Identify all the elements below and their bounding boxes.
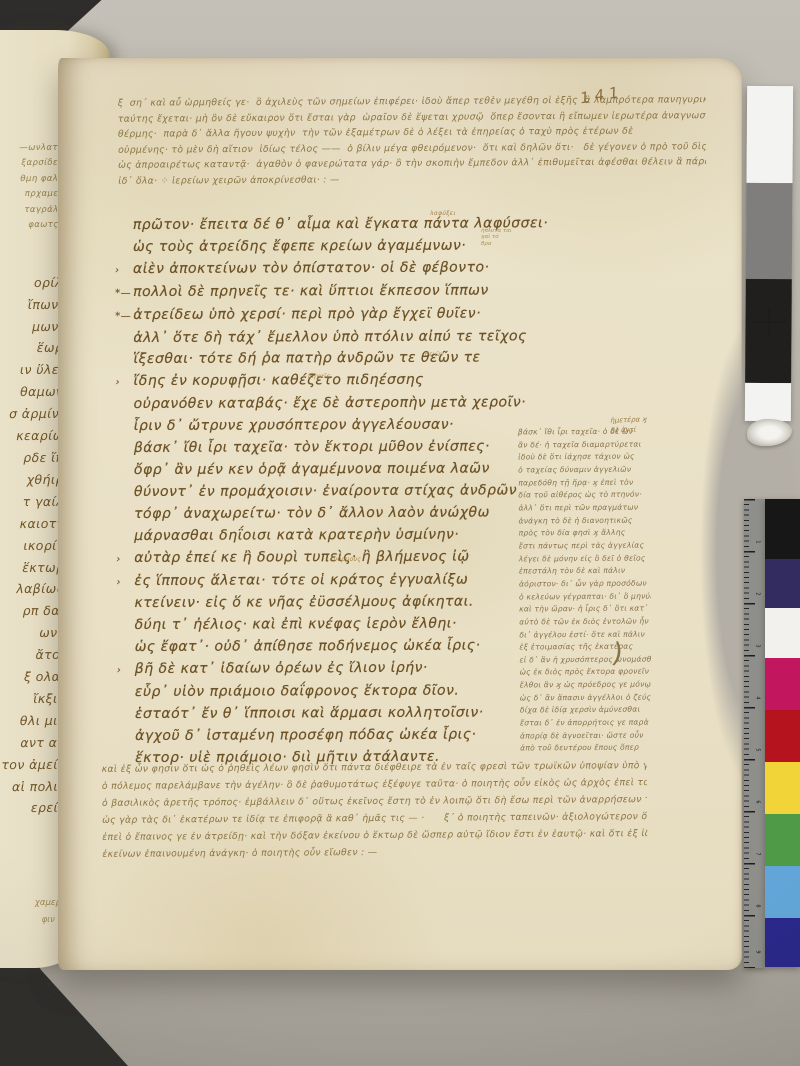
interlinear-gloss: εὐόρμους xyxy=(330,556,361,563)
verse-line: *—ἀτρείδεω ὑπὸ χερσί· περὶ πρὸ γὰρ ἔγχεϊ… xyxy=(115,303,625,328)
verso-text-line: τ γαίλ xyxy=(0,491,64,513)
scholia-line: ἂν δέ· ἡ ταχεῖα διαμαρτύρεται xyxy=(518,438,650,452)
verse-text: ἀγχοῦ δ᾽ ἱσταμένη προσέφη πόδας ὠκέα ἶρι… xyxy=(135,726,476,743)
marginal-mark: *— xyxy=(115,283,133,305)
ruler-number: 6 xyxy=(755,800,761,803)
manuscript-photograph: —ωνλατξαρσίδεθμη φαλπρχαμεταγράλφαωτϛ ορ… xyxy=(0,0,800,1066)
right-scholia-column: βάσκ᾽ ἴθι ἶρι ταχεῖα· ὁ δὲ ὢνἂν δέ· ἡ τα… xyxy=(518,426,652,756)
scholia-line: ἔλθοι ἂν ϗ ὡς πρόεδρος γε μόνῳ xyxy=(520,679,652,693)
scholia-line: βάσκ᾽ ἴθι ἶρι ταχεῖα· ὁ δὲ ὢν xyxy=(518,426,650,440)
color-patch xyxy=(765,608,800,658)
marginal-mark: › xyxy=(116,572,134,594)
scholia-line: ὡς δ᾽ ἂν ἅπασιν ἀγγέλλοι ὁ ζεύς xyxy=(520,691,652,705)
scholia-line: ἀπὸ τοῦ δευτέρου ἔπους ὅπερ xyxy=(520,742,652,756)
verse-text: ὡς ἔφατ᾽· οὐδ᾽ ἀπίθησε ποδήνεμος ὠκέα ἶρ… xyxy=(135,638,481,656)
color-patch xyxy=(765,559,800,608)
verso-text-line: ωνε xyxy=(1,622,65,644)
verso-text-line: ικορίν xyxy=(0,534,64,556)
scholia-line: δίχα δὲ ἰδίᾳ χερσὶν ἀμύνεσθαι xyxy=(520,704,652,718)
ruler: 123456789 xyxy=(744,499,765,968)
marginal-mark: › xyxy=(117,660,135,682)
verse-line: ›ἴδης ἐν κορυφῇσι· καθέζετο πιδηέσσης xyxy=(115,369,625,394)
verse-line: ὡς τοὺς ἀτρείδης ἔφεπε κρείων ἀγαμέμνων· xyxy=(115,235,625,259)
ruler-number: 8 xyxy=(755,904,761,907)
color-patch xyxy=(765,658,800,710)
verse-line: *—πολλοὶ δὲ πρηνεῖς τε· καὶ ὕπτιοι ἔκπεσ… xyxy=(115,280,625,305)
verse-text: αἰὲν ἀποκτείνων τὸν ὀπίστατον· οἱ δὲ φέβ… xyxy=(133,259,490,277)
verse-line: πρῶτον· ἔπειτα δέ θ᾽ αἷμα καὶ ἔγκατα πάν… xyxy=(115,213,625,237)
grayscale-calibration-strip xyxy=(745,86,793,421)
color-calibration-strip xyxy=(765,499,800,967)
verse-text: θύνοντ᾽ ἐν προμάχοισιν· ἐναίροντα στίχας… xyxy=(134,482,517,500)
verso-text-line: λαβίως xyxy=(0,578,64,600)
marginal-mark: › xyxy=(116,549,134,571)
verse-text: ἴδης ἐν κορυφῇσι· καθέζετο πιδηέσσης xyxy=(133,372,423,389)
verso-text-line: θλι μιν xyxy=(1,710,65,732)
verse-text: πολλοὶ δὲ πρηνεῖς τε· καὶ ὕπτιοι ἔκπεσον… xyxy=(133,282,489,300)
scholia-line: εἰ δ᾽ ἂν ἡ χρυσόπτερος ὠνομάσθη xyxy=(519,653,651,667)
scholia-line: ὡς ἐκ διὸς πρὸς ἕκτορα φρονεῖν xyxy=(520,666,652,680)
color-patch xyxy=(765,762,800,814)
verso-text-line: ρπ δαί xyxy=(0,600,64,622)
verso-text-line: αντ ατ xyxy=(1,732,65,754)
verso-text-line: ἴπων. xyxy=(0,293,63,315)
interlinear-gloss: θειῶν xyxy=(425,351,444,358)
verso-bottom-fragments: χαμερτφιν — xyxy=(4,844,66,929)
ruler-number: 9 xyxy=(755,950,761,953)
verse-text: οὐρανόθεν καταβάς· ἔχε δὲ ἀστεροπὴν μετὰ… xyxy=(134,395,527,413)
verse-text: εὗρ᾽ υἱὸν πριάμοιο δαΐφρονος ἕκτορα δῖον… xyxy=(135,683,460,700)
verso-text-line: ερείν xyxy=(1,797,65,819)
scholia-line: ἔστι πάντως περὶ τὰς ἀγγελίας xyxy=(519,539,651,553)
ruler-number: 1 xyxy=(755,540,761,543)
verso-scholia-line: —ωνλατ xyxy=(0,140,58,156)
verse-line: οὐρανόθεν καταβάς· ἔχε δὲ ἀστεροπὴν μετὰ… xyxy=(116,392,626,416)
color-patch xyxy=(765,499,800,559)
scholia-line: δία τοῦ αἰθέρος ὡς τὸ πτηνόν· xyxy=(518,489,650,503)
verse-text: ἶριν δ᾽ ὤτρυνε χρυσόπτερον ἀγγελέουσαν· xyxy=(134,417,454,434)
verso-bottom-line: χαμερτ xyxy=(4,895,66,912)
scholia-line: ἀπορίᾳ δὲ ἀγνοεῖται· ὥστε οὖν xyxy=(520,729,652,743)
verse-text: μάρνασθαι δηΐοισι κατὰ κρατερὴν ὑσμίνην· xyxy=(134,526,459,543)
ruler-number: 4 xyxy=(755,696,761,699)
scholia-line: ἀόριστον· δι᾽ ὧν γὰρ προσόδων xyxy=(519,577,651,591)
scholia-line: καὶ τὴν ὥραν· ἡ ἶρις δ᾽ ὅτι κατ᾽ xyxy=(519,603,651,617)
verse-text: ἐς ἵππους ἅλεται· τότε οἱ κράτος ἐγγυαλί… xyxy=(134,571,468,588)
verse-text: ἑσταότ᾽ ἔν θ᾽ ἵπποισι καὶ ἅρμασι κολλητο… xyxy=(135,704,484,722)
scholia-line: ἰδοὺ δὲ ὅτι ἰάχησε τάχιον ὡς xyxy=(518,451,650,465)
verse-text: ὡς τοὺς ἀτρείδης ἔφεπε κρείων ἀγαμέμνων· xyxy=(133,237,466,254)
verso-text-line: καιοτν xyxy=(0,513,64,535)
marginal-mark: *— xyxy=(115,306,133,328)
verse-text: βάσκ᾽ ἴθι ἶρι ταχεῖα· τὸν ἕκτορι μῦθον ἐ… xyxy=(134,439,490,457)
grayscale-patch xyxy=(745,383,791,421)
verse-line: ›αἰὲν ἀποκτείνων τὸν ὀπίστατον· οἱ δὲ φέ… xyxy=(115,257,625,282)
scholia-line: πρὸς τὸν δία φησὶ ϗ ἄλλης xyxy=(519,527,651,541)
verse-text: ὄφρ᾽ ἂν μέν κεν ὁρᾷ ἀγαμέμνονα ποιμένα λ… xyxy=(134,460,490,478)
verso-text-line: ρδε ἴπ xyxy=(0,447,64,469)
verso-text-line: χθήιρ xyxy=(0,469,64,491)
color-patch xyxy=(765,918,800,967)
verso-scholia-line: ξαρσίδε xyxy=(0,156,58,172)
verso-text-line: ἄτοι xyxy=(1,644,65,666)
scholia-line: παρεδόθη τῇ ἥρᾳ· ϗ ἐπεὶ τὸν xyxy=(518,476,650,490)
ruler-number: 2 xyxy=(755,592,761,595)
registration-cross-icon xyxy=(753,308,785,336)
color-patch xyxy=(765,866,800,918)
verse-text: ἀτρείδεω ὑπὸ χερσί· περὶ πρὸ γὰρ ἔγχεϊ θ… xyxy=(133,305,481,323)
verso-scholia-line: θμη φαλ xyxy=(0,171,58,187)
verso-text-line: σ ἀρμίν. xyxy=(0,403,64,425)
verse-line: ἀλλ᾽ ὅτε δὴ τάχ᾽ ἔμελλον ὑπὸ πτόλιν αἰπύ… xyxy=(115,325,625,349)
color-patch xyxy=(765,710,800,762)
verse-text: κτείνειν· εἰς ὅ κε νῆας ἐϋσσέλμους ἀφίκη… xyxy=(134,594,473,611)
verso-text-line: κεαρίω xyxy=(0,425,64,447)
verse-line: ἵξεσθαι· τότε δή ῥα πατὴρ ἀνδρῶν τε θεῶν… xyxy=(115,347,625,371)
verso-scholia-line: πρχαμε xyxy=(0,187,58,203)
verso-text-line: τον ἀμείρ xyxy=(1,753,65,775)
verso-text-line: θαμων xyxy=(0,381,63,403)
verse-text: δύηι τ᾽ ἠέλιος· καὶ ἐπὶ κνέφας ἱερὸν ἔλθ… xyxy=(135,616,457,633)
verso-text-line: ορίλ xyxy=(0,272,63,294)
verso-text-line: μων. xyxy=(0,315,63,337)
verse-text: ἀλλ᾽ ὅτε δὴ τάχ᾽ ἔμελλον ὑπὸ πτόλιν αἰπύ… xyxy=(133,328,527,346)
line1-margin-gloss: ἡπλυτα ταιϗαὶ τὸθρα xyxy=(481,208,512,247)
verso-text-line: ἕωρ xyxy=(0,337,63,359)
ruler-number: 7 xyxy=(755,852,761,855)
interlinear-gloss: λαφύξει xyxy=(430,210,456,217)
scholia-line: ἐπεστάλη τὸν δὲ καὶ πάλιν xyxy=(519,565,651,579)
marginal-mark: › xyxy=(115,372,133,394)
scholia-line: ὁ ταχείας δύναμιν ἀγγελιῶν xyxy=(518,464,650,478)
color-patch xyxy=(765,814,800,866)
scholia-line: ἔσται δ᾽ ἐν ἀπορρήτοις γε παρὰ xyxy=(520,717,652,731)
scholia-line: δι᾽ ἀγγέλου ἐστί· ὅτε καὶ πάλιν xyxy=(519,628,651,642)
scholia-line: ἀλλ᾽ ὅτι περὶ τῶν πραγμάτων xyxy=(518,501,650,515)
scholia-line: ἐξ ἑτοιμασίας τῆς ἑκατέρας xyxy=(519,641,651,655)
scholia-line: ἀνάγκη τὸ δὲ ἡ διανοητικῶς xyxy=(518,514,650,528)
verse-text: βῆ δὲ κατ᾽ ἰδαίων ὀρέων ἐς ἴλιον ἱρήν· xyxy=(135,660,428,677)
top-scholia-block: ξ ση´ καὶ αὖ ὡρμηθείς γε· ὃ ἀχιλεὺς τῶν … xyxy=(118,92,707,189)
bottom-scholia-block: καὶ ἐξ ὧν φησιν ὅτι ὡς ὁ ῥηθεὶς λέων φησ… xyxy=(102,758,648,863)
ruler-number: 3 xyxy=(755,644,761,647)
scholia-line: αὐτὸ δὲ τῶν ἐκ διὸς ἐντολῶν ἦν xyxy=(519,615,651,629)
ruler-number: 5 xyxy=(755,748,761,751)
verso-text-line: ξ ολαι xyxy=(1,666,65,688)
grayscale-patch xyxy=(746,86,793,183)
scholia-line: λέγει δὲ μόνην εἰς ὃ δεῖ ὁ θεῖος xyxy=(519,552,651,566)
verse-text: τόφρ᾽ ἀναχωρείτω· τὸν δ᾽ ἄλλον λαὸν ἀνώχ… xyxy=(134,504,490,522)
verso-text-line: αἱ πολιν xyxy=(1,775,65,797)
verso-text-line: ἕκτωρ xyxy=(0,556,64,578)
verso-bottom-line: φιν — xyxy=(4,912,66,929)
verso-text-line: ἴκξιν xyxy=(1,688,65,710)
verso-text-fragments: ορίλἴπων.μων.ἕωριν ὕλε.θαμωνσ ἀρμίν.κεαρ… xyxy=(0,206,66,820)
grayscale-patch xyxy=(746,183,793,279)
gloss-line: θρα xyxy=(481,241,512,248)
marginal-mark: › xyxy=(115,260,133,282)
verse-text: αὐτὰρ ἐπεί κε ἢ δουρὶ τυπεὶς· ἢ βλήμενος… xyxy=(134,548,469,565)
verso-text-line: ιν ὕλε. xyxy=(0,359,63,381)
scholia-line: ὁ κελεύων γέγραπται· δι᾽ ὃ μηνύει xyxy=(519,590,651,604)
margin-note-line: ἡμετέρα ϗ xyxy=(610,414,647,425)
interlinear-gloss: πηγαῖς xyxy=(308,373,330,380)
